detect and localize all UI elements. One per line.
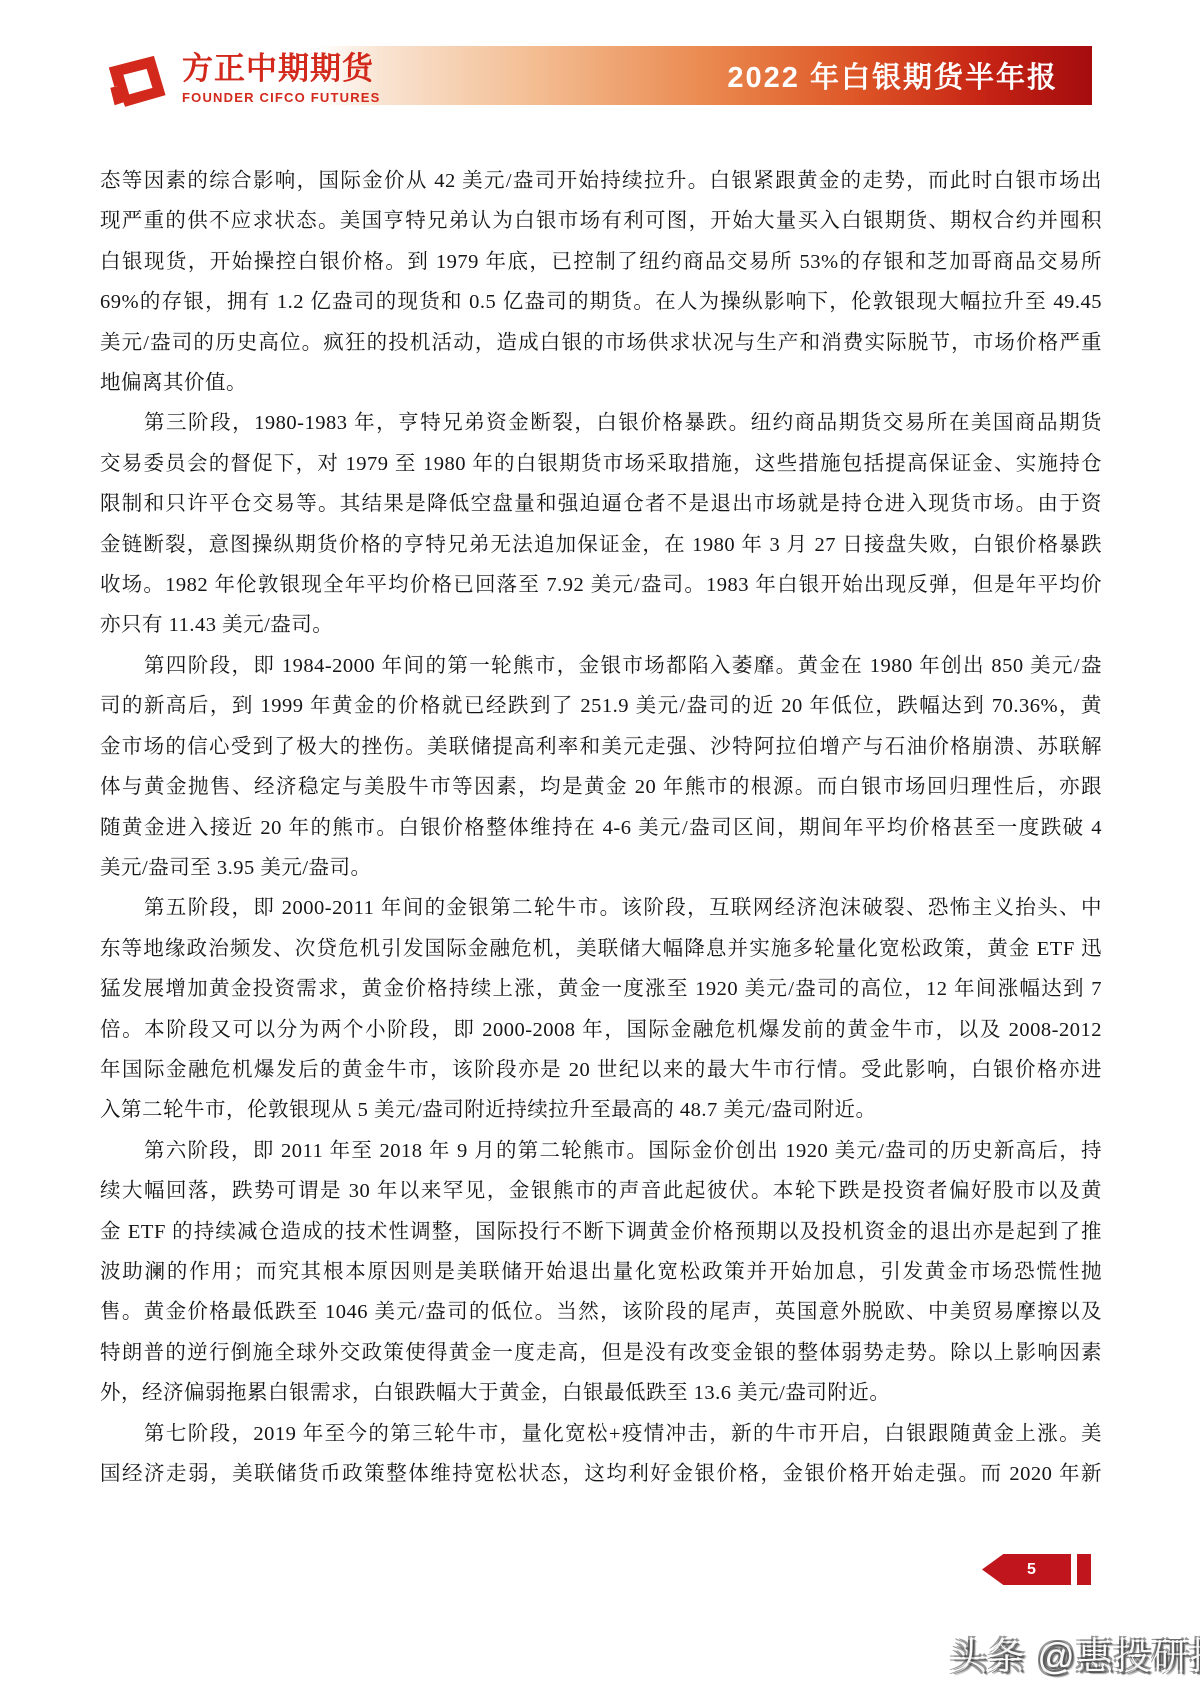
- brand-name-en: FOUNDER CIFCO FUTURES: [182, 90, 381, 105]
- text-line: 亦只有 11.43 美元/盎司。: [100, 605, 1102, 645]
- text-line: 美元/盎司至 3.95 美元/盎司。: [100, 848, 1102, 888]
- report-body-text: 态等因素的综合影响，国际金价从 42 美元/盎司开始持续拉升。白银紧跟黄金的走势…: [100, 161, 1102, 1494]
- text-line: 倍。本阶段又可以分为两个小阶段，即 2000-2008 年，国际金融危机爆发前的…: [100, 1010, 1102, 1050]
- text-line: 第四阶段，即 1984-2000 年间的第一轮熊市，金银市场都陷入萎靡。黄金在 …: [100, 646, 1102, 686]
- text-line: 交易委员会的督促下，对 1979 至 1980 年的白银期货市场采取措施，这些措…: [100, 444, 1102, 484]
- text-line: 体与黄金抛售、经济稳定与美股牛市等因素，均是黄金 20 年熊市的根源。而白银市场…: [100, 767, 1102, 807]
- text-line: 司的新高后，到 1999 年黄金的价格就已经跌到了 251.9 美元/盎司的近 …: [100, 686, 1102, 726]
- text-line: 金市场的信心受到了极大的挫伤。美联储提高利率和美元走强、沙特阿拉伯增产与石油价格…: [100, 727, 1102, 767]
- text-line: 第三阶段，1980-1983 年，亨特兄弟资金断裂，白银价格暴跌。纽约商品期货交…: [100, 403, 1102, 443]
- page-number-accent-bar: [1077, 1554, 1091, 1585]
- founder-logo-icon: [98, 50, 172, 114]
- text-line: 售。黄金价格最低跌至 1046 美元/盎司的低位。当然，该阶段的尾声，英国意外脱…: [100, 1292, 1102, 1332]
- text-line: 第六阶段，即 2011 年至 2018 年 9 月的第二轮熊市。国际金价创出 1…: [100, 1131, 1102, 1171]
- text-line: 金 ETF 的持续减仓造成的技术性调整，国际投行不断下调黄金价格预期以及投机资金…: [100, 1212, 1102, 1252]
- text-line: 国经济走弱，美联储货币政策整体维持宽松状态，这均利好金银价格，金银价格开始走强。…: [100, 1454, 1102, 1494]
- text-line: 69%的存银，拥有 1.2 亿盎司的现货和 0.5 亿盎司的期货。在人为操纵影响…: [100, 282, 1102, 322]
- text-line: 入第二轮牛市，伦敦银现从 5 美元/盎司附近持续拉升至最高的 48.7 美元/盎…: [100, 1090, 1102, 1130]
- text-line: 态等因素的综合影响，国际金价从 42 美元/盎司开始持续拉升。白银紧跟黄金的走势…: [100, 161, 1102, 201]
- text-line: 外，经济偏弱拖累白银需求，白银跌幅大于黄金，白银最低跌至 13.6 美元/盎司附…: [100, 1373, 1102, 1413]
- toutiao-watermark: 头条 @惠投研报: [950, 1626, 1190, 1680]
- text-line: 白银现货，开始操控白银价格。到 1979 年底，已控制了纽约商品交易所 53%的…: [100, 242, 1102, 282]
- brand-name-cn: 方正中期期货: [182, 50, 381, 88]
- paragraph: 第五阶段，即 2000-2011 年间的金银第二轮牛市。该阶段，互联网经济泡沫破…: [100, 888, 1102, 1130]
- report-title: 2022 年白银期货半年报: [727, 55, 1058, 96]
- text-line: 地偏离其价值。: [100, 363, 1102, 403]
- page-number-badge: 5: [982, 1554, 1071, 1585]
- page-number: 5: [1017, 1561, 1036, 1579]
- company-logo: 方正中期期货 FOUNDER CIFCO FUTURES: [98, 50, 381, 114]
- paragraph: 第六阶段，即 2011 年至 2018 年 9 月的第二轮熊市。国际金价创出 1…: [100, 1131, 1102, 1414]
- text-line: 第五阶段，即 2000-2011 年间的金银第二轮牛市。该阶段，互联网经济泡沫破…: [100, 888, 1102, 928]
- text-line: 第七阶段，2019 年至今的第三轮牛市，量化宽松+疫情冲击，新的牛市开启，白银跟…: [100, 1414, 1102, 1454]
- paragraph: 态等因素的综合影响，国际金价从 42 美元/盎司开始持续拉升。白银紧跟黄金的走势…: [100, 161, 1102, 403]
- header-banner: 2022 年白银期货半年报: [318, 46, 1092, 105]
- text-line: 美元/盎司的历史高位。疯狂的投机活动，造成白银的市场供求状况与生产和消费实际脱节…: [100, 323, 1102, 363]
- text-line: 现严重的供不应求状态。美国亨特兄弟认为白银市场有利可图，开始大量买入白银期货、期…: [100, 201, 1102, 241]
- report-page: 2022 年白银期货半年报 方正中期期货 FOUNDER CIFCO FUTUR…: [0, 0, 1200, 1697]
- text-line: 金链断裂，意图操纵期货价格的亨特兄弟无法追加保证金，在 1980 年 3 月 2…: [100, 525, 1102, 565]
- text-line: 东等地缘政治频发、次贷危机引发国际金融危机，美联储大幅降息并实施多轮量化宽松政策…: [100, 929, 1102, 969]
- paragraph: 第三阶段，1980-1983 年，亨特兄弟资金断裂，白银价格暴跌。纽约商品期货交…: [100, 403, 1102, 645]
- text-line: 限制和只许平仓交易等。其结果是降低空盘量和强迫逼仓者不是退出市场就是持仓进入现货…: [100, 484, 1102, 524]
- text-line: 特朗普的逆行倒施全球外交政策使得黄金一度走高，但是没有改变金银的整体弱势走势。除…: [100, 1333, 1102, 1373]
- text-line: 波助澜的作用；而究其根本原因则是美联储开始退出量化宽松政策并开始加息，引发黄金市…: [100, 1252, 1102, 1292]
- text-line: 年国际金融危机爆发后的黄金牛市，该阶段亦是 20 世纪以来的最大牛市行情。受此影…: [100, 1050, 1102, 1090]
- text-line: 随黄金进入接近 20 年的熊市。白银价格整体维持在 4-6 美元/盎司区间，期间…: [100, 808, 1102, 848]
- paragraph: 第四阶段，即 1984-2000 年间的第一轮熊市，金银市场都陷入萎靡。黄金在 …: [100, 646, 1102, 888]
- text-line: 猛发展增加黄金投资需求，黄金价格持续上涨，黄金一度涨至 1920 美元/盎司的高…: [100, 969, 1102, 1009]
- text-line: 收场。1982 年伦敦银现全年平均价格已回落至 7.92 美元/盎司。1983 …: [100, 565, 1102, 605]
- paragraph: 第七阶段，2019 年至今的第三轮牛市，量化宽松+疫情冲击，新的牛市开启，白银跟…: [100, 1414, 1102, 1495]
- logo-text-block: 方正中期期货 FOUNDER CIFCO FUTURES: [182, 50, 381, 105]
- text-line: 续大幅回落，跌势可谓是 30 年以来罕见，金银熊市的声音此起彼伏。本轮下跌是投资…: [100, 1171, 1102, 1211]
